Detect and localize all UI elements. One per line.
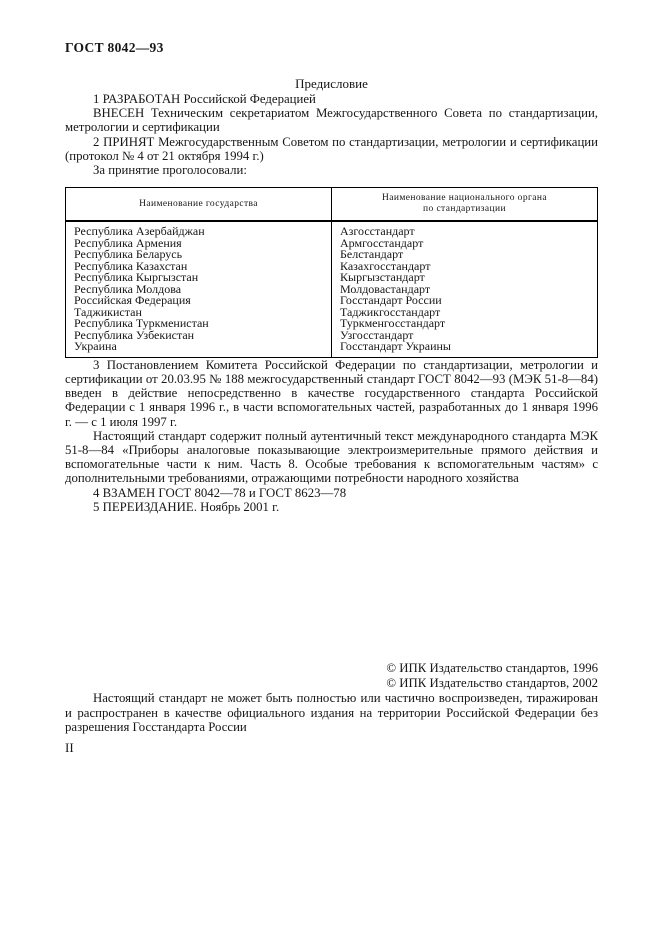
clause-4-replaces: 4 ВЗАМЕН ГОСТ 8042—78 и ГОСТ 8623—78: [65, 486, 598, 500]
document-page: ГОСТ 8042—93 Предисловие 1 РАЗРАБОТАН Ро…: [0, 0, 661, 936]
table-header-row: Наименование государства Наименование на…: [66, 188, 598, 222]
table-header-org-line2: по стандартизации: [336, 204, 593, 215]
voting-intro: За принятие проголосовали:: [65, 163, 598, 177]
table-header-country: Наименование государства: [66, 188, 332, 222]
voting-table: Наименование государства Наименование на…: [65, 187, 598, 358]
table-header-org-line1: Наименование национального органа: [336, 193, 593, 204]
table-row: Республика УзбекистанУзгосстандарт: [66, 330, 598, 342]
country-cell: Украина: [66, 341, 332, 357]
table-row: Российская ФедерацияГосстандарт России: [66, 295, 598, 307]
org-cell: Госстандарт Украины: [332, 341, 598, 357]
table-row: УкраинаГосстандарт Украины: [66, 341, 598, 357]
copyright-block: © ИПК Издательство стандартов, 1996 © ИП…: [65, 661, 598, 691]
clause-2-adopted: 2 ПРИНЯТ Межгосударственным Советом по с…: [65, 135, 598, 163]
copyright-line-2: © ИПК Издательство стандартов, 2002: [65, 676, 598, 691]
reproduction-notice: Настоящий стандарт не может быть полност…: [65, 691, 598, 734]
clause-1-developed: 1 РАЗРАБОТАН Российской Федерацией: [65, 92, 598, 106]
doc-code: ГОСТ 8042—93: [65, 40, 598, 55]
submitted-paragraph: ВНЕСЕН Техническим секретариатом Межгосу…: [65, 106, 598, 134]
table-header-org: Наименование национального органа по ста…: [332, 188, 598, 222]
clause-3-enacted: 3 Постановлением Комитета Российской Фед…: [65, 358, 598, 429]
copyright-line-1: © ИПК Издательство стандартов, 1996: [65, 661, 598, 676]
clause-5-reissue: 5 ПЕРЕИЗДАНИЕ. Ноябрь 2001 г.: [65, 500, 598, 514]
standard-content-paragraph: Настоящий стандарт содержит полный аутен…: [65, 429, 598, 486]
page-number: II: [65, 741, 598, 755]
preface-title: Предисловие: [65, 76, 598, 92]
